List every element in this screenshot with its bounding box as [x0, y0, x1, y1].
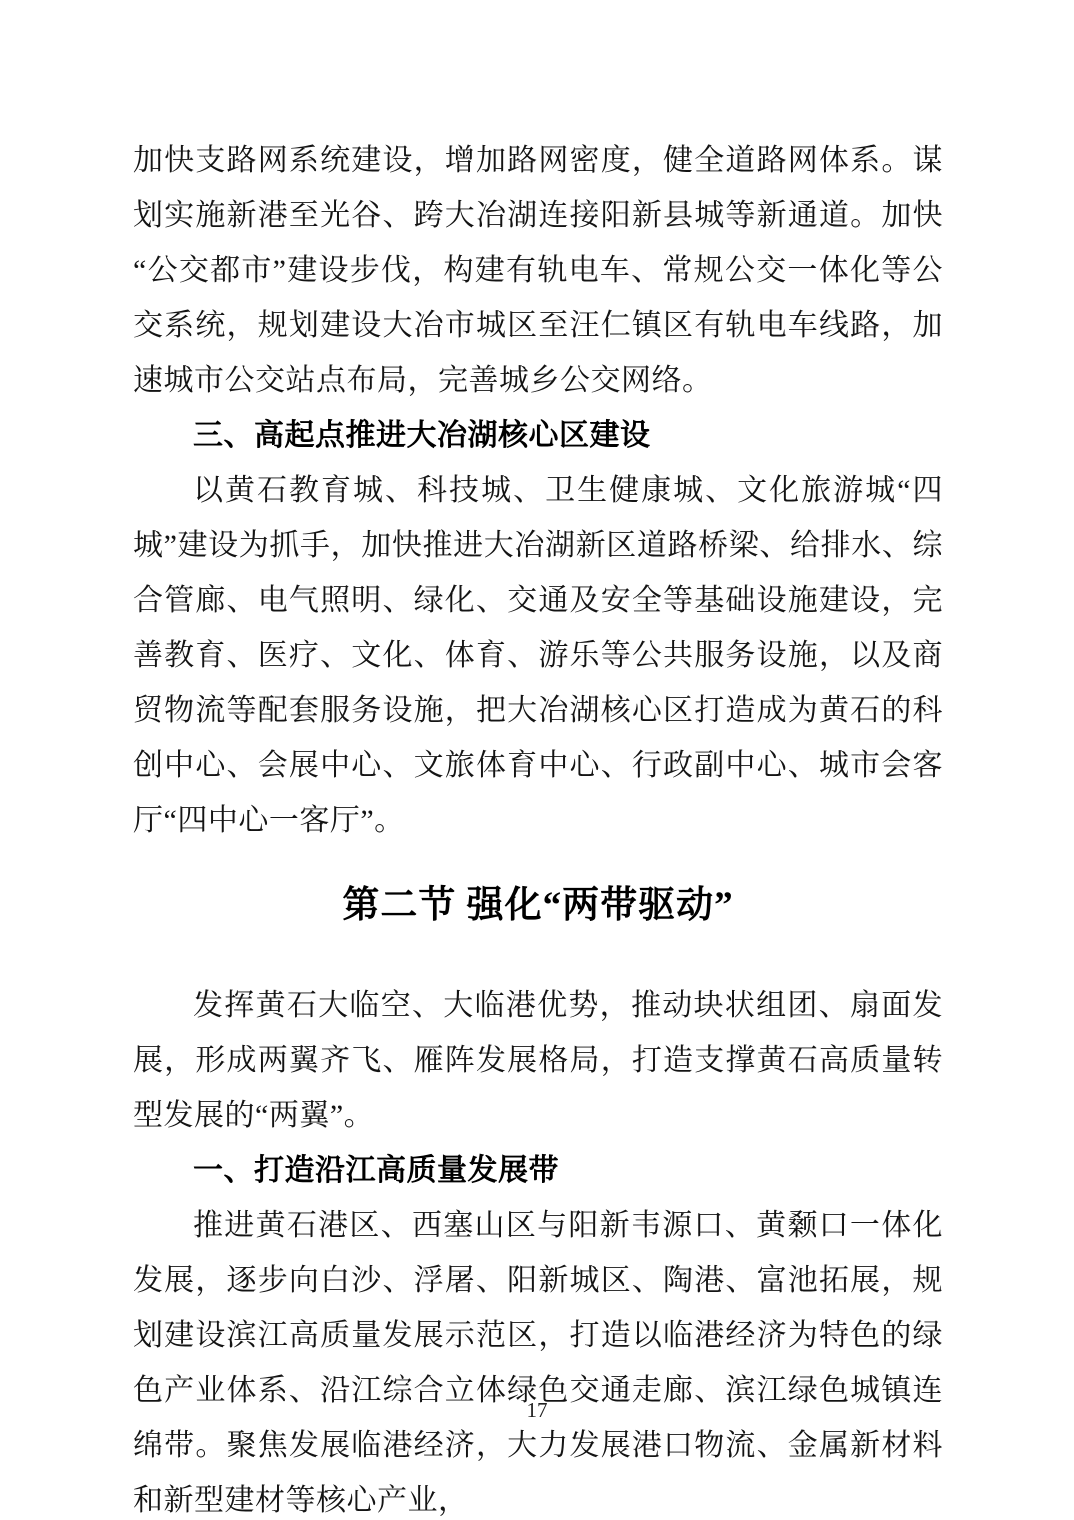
document-page: 加快支路网系统建设，增加路网密度，健全道路网体系。谋划实施新港至光谷、跨大冶湖连… — [0, 0, 1074, 1520]
paragraph-daye-lake: 以黄石教育城、科技城、卫生健康城、文化旅游城“四城”建设为抓手，加快推进大冶湖新… — [133, 463, 943, 848]
section-title-two-belt-drive: 第二节 强化“两带驱动” — [133, 876, 943, 936]
page-number: 17 — [527, 1398, 548, 1422]
document-body: 加快支路网系统建设，增加路网密度，健全道路网体系。谋划实施新港至光谷、跨大冶湖连… — [133, 133, 943, 1520]
paragraph-two-wings: 发挥黄石大临空、大临港优势，推动块状组团、扇面发展，形成两翼齐飞、雁阵发展格局，… — [133, 978, 943, 1143]
heading-daye-lake-core: 三、高起点推进大冶湖核心区建设 — [133, 408, 943, 463]
paragraph-road-network: 加快支路网系统建设，增加路网密度，健全道路网体系。谋划实施新港至光谷、跨大冶湖连… — [133, 133, 943, 408]
paragraph-riverside: 推进黄石港区、西塞山区与阳新韦源口、黄颡口一体化发展，逐步向白沙、浮屠、阳新城区… — [133, 1198, 943, 1520]
page-footer: 17 — [0, 1398, 1074, 1423]
heading-riverside-belt: 一、打造沿江高质量发展带 — [133, 1143, 943, 1198]
